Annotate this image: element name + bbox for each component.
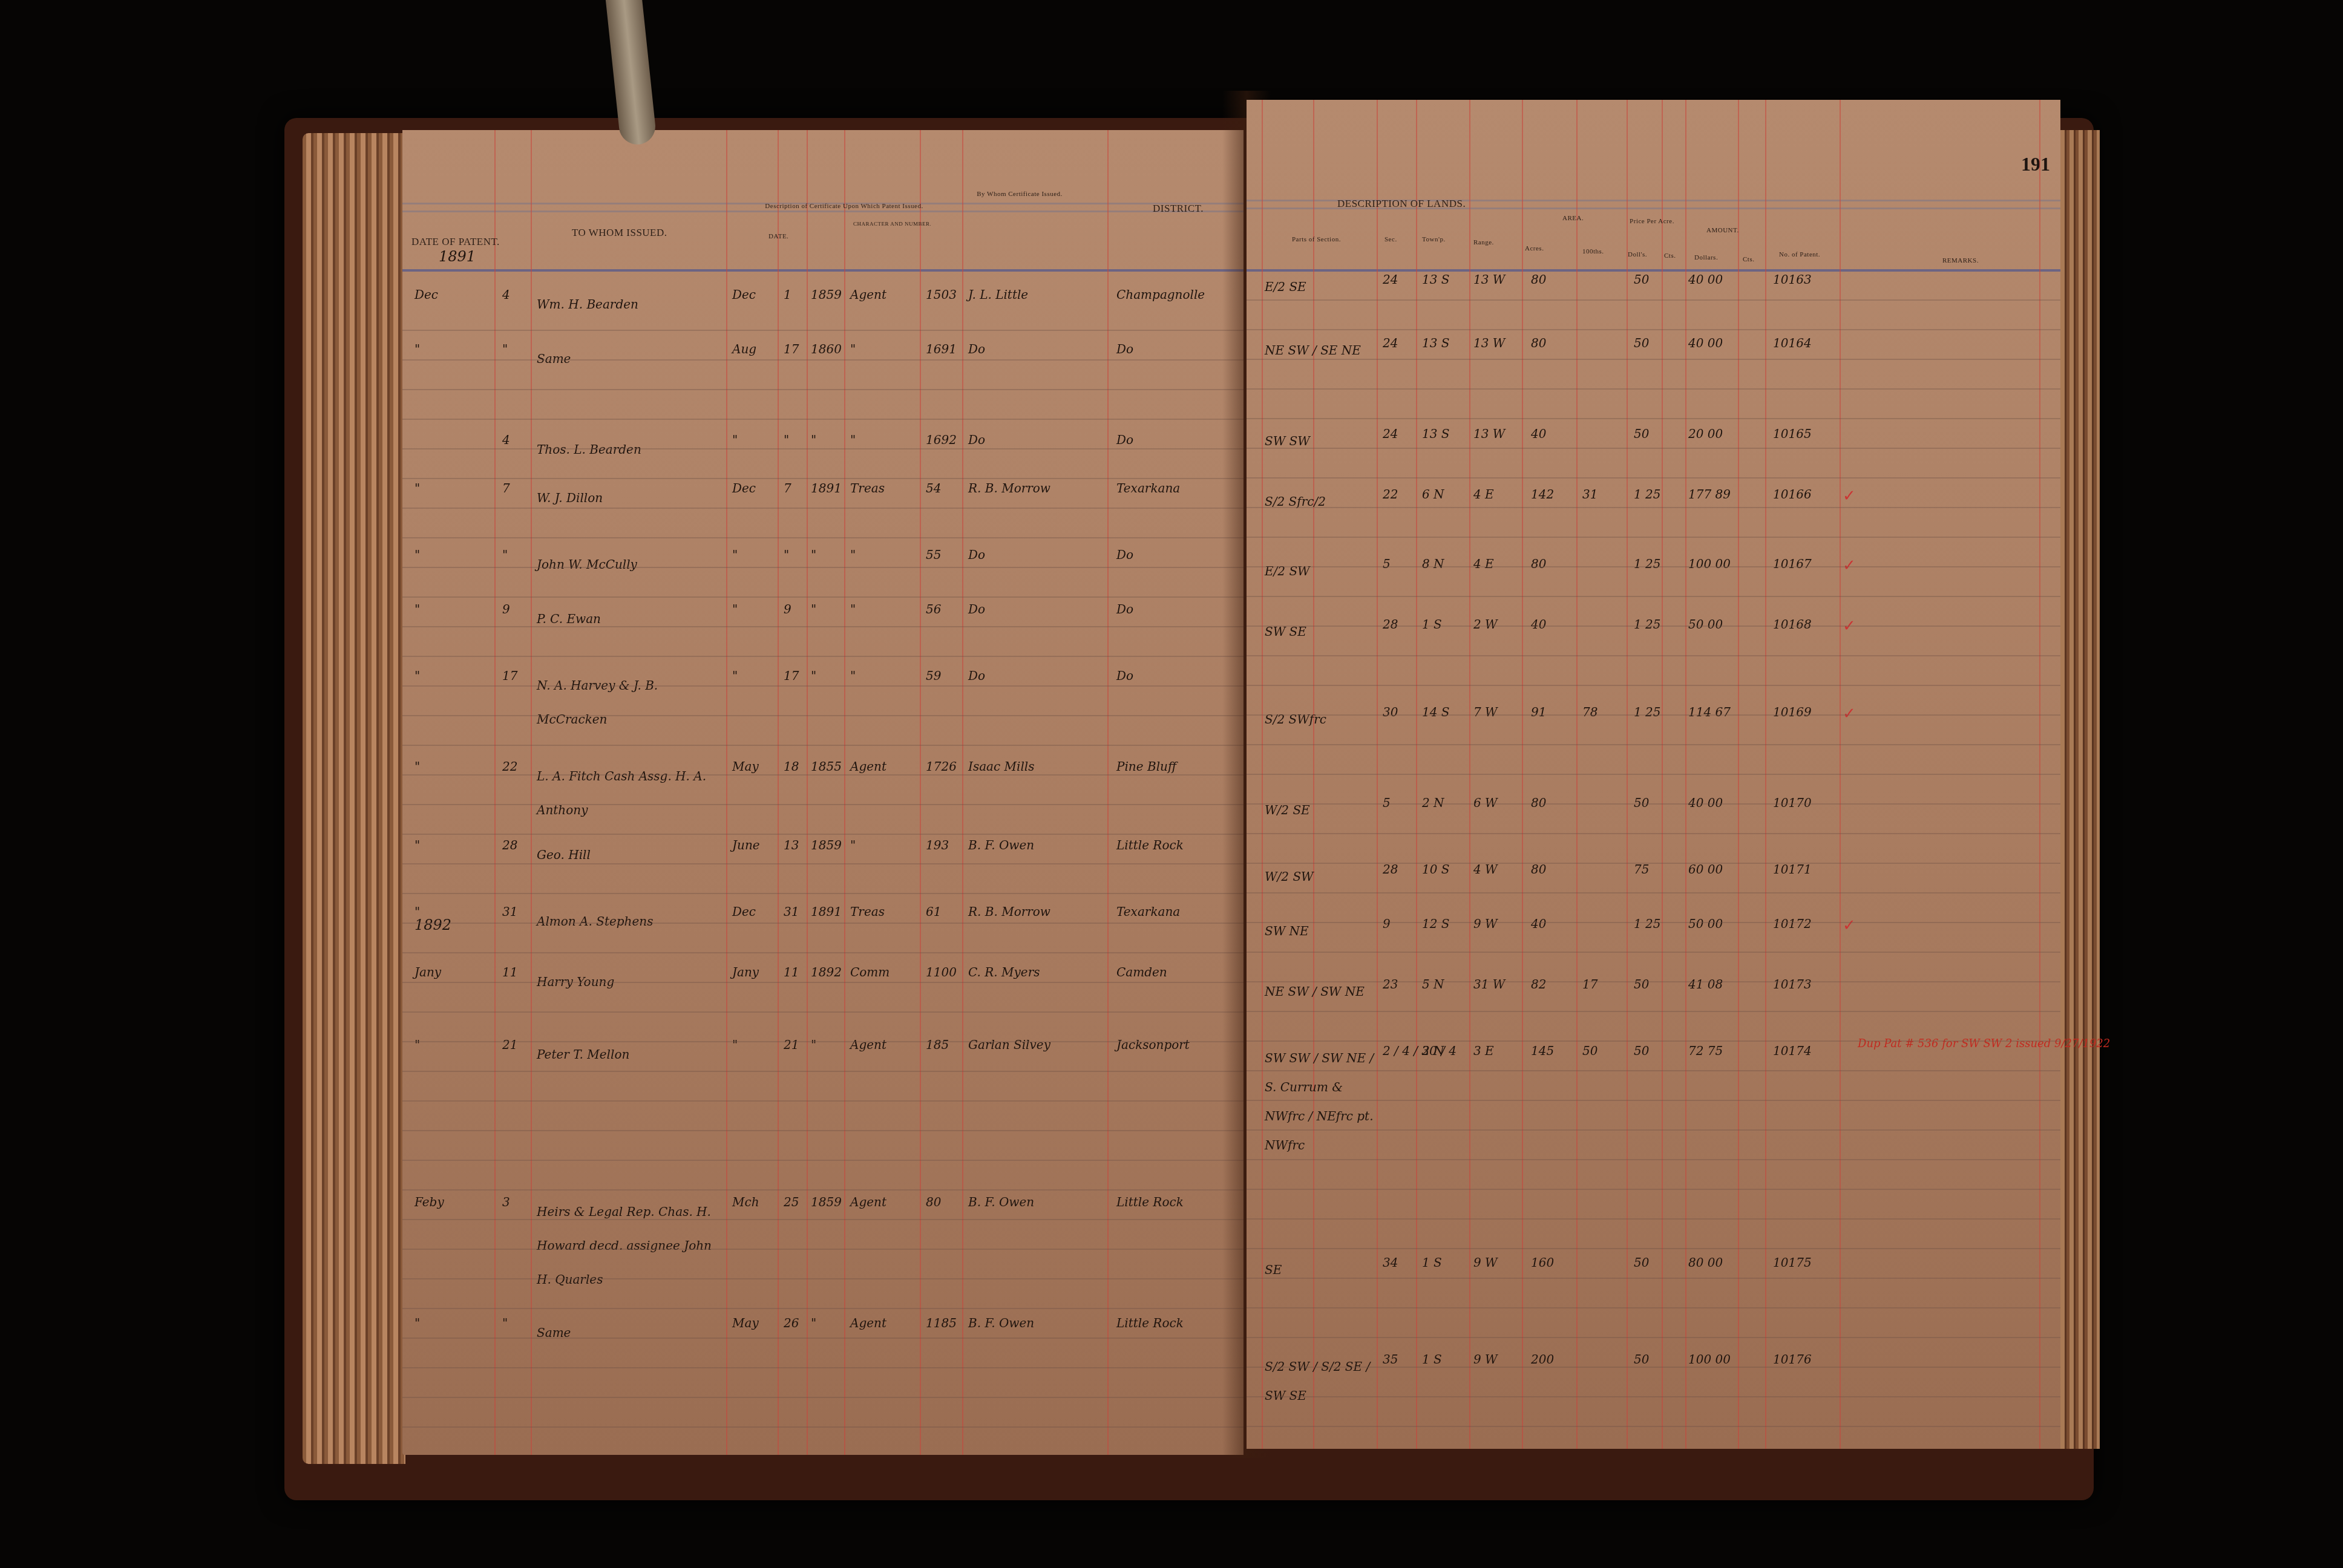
cell-acres: 145 — [1531, 1044, 1554, 1058]
cell-cert_no: 80 — [926, 1195, 941, 1209]
ruled-line — [402, 448, 1244, 449]
cell-district: Pine Bluff — [1116, 759, 1176, 774]
cell-cert_char: Agent — [850, 759, 886, 774]
ruled-line — [1247, 1011, 2060, 1012]
ruled-line — [1247, 596, 2060, 597]
cell-hund: 50 — [1582, 1044, 1597, 1058]
cell-name: N. A. Harvey & J. B. McCracken — [537, 668, 721, 736]
col-line — [531, 130, 532, 1455]
ruled-line — [1247, 714, 2060, 716]
cell-district: Do — [1116, 547, 1133, 562]
ruled-line — [1247, 537, 2060, 538]
cell-by_whom: B. F. Owen — [968, 1195, 1034, 1209]
cell-price: 50 — [1634, 426, 1649, 441]
cell-name: Geo. Hill — [537, 838, 721, 872]
ruled-line — [402, 330, 1244, 331]
cell-patent: 10163 — [1773, 272, 1812, 287]
cell-district: Texarkana — [1116, 904, 1180, 919]
cell-patent: 10170 — [1773, 795, 1812, 810]
col-line — [807, 130, 808, 1455]
ruled-line — [1247, 1218, 2060, 1220]
cell-cert_year: 1859 — [811, 838, 842, 852]
cell-cert_char: Agent — [850, 287, 886, 302]
page-edges-right — [2057, 130, 2100, 1449]
cell-by_whom: Do — [968, 547, 985, 562]
cell-patent: 10164 — [1773, 336, 1812, 350]
cell-cert_year: 1891 — [811, 904, 842, 919]
cell-twp: 12 S — [1422, 916, 1450, 931]
cell-amount: 41 08 — [1688, 977, 1723, 991]
header-cert-date: DATE. — [768, 233, 788, 240]
header-dolls: Doll's. — [1628, 251, 1647, 258]
cell-patent: 10167 — [1773, 557, 1812, 571]
cell-month: " — [415, 481, 420, 495]
cell-cert_month: May — [732, 759, 759, 774]
cell-day: 9 — [502, 602, 510, 616]
cell-day: 4 — [502, 287, 510, 302]
col-line — [778, 130, 779, 1455]
ruled-line — [1247, 952, 2060, 953]
cell-cert_char: Treas — [850, 904, 885, 919]
cell-district: Texarkana — [1116, 481, 1180, 495]
cell-amount: 50 00 — [1688, 916, 1723, 931]
ruled-line — [1247, 685, 2060, 686]
cell-district: Do — [1116, 602, 1133, 616]
cell-sec: 24 — [1383, 426, 1398, 441]
cell-parts: S/2 SWfrc — [1265, 705, 1377, 734]
cell-name: John W. McCully — [537, 547, 721, 581]
cell-cert_char: Treas — [850, 481, 885, 495]
cell-twp: 10 S — [1422, 862, 1450, 877]
cell-day: " — [502, 1316, 508, 1330]
ruled-line — [1247, 1159, 2060, 1160]
cell-acres: 142 — [1531, 487, 1554, 501]
cell-sec: 5 — [1383, 795, 1391, 810]
cell-acres: 91 — [1531, 705, 1546, 719]
ruled-line — [402, 359, 1244, 361]
cell-twp: 13 S — [1422, 336, 1450, 350]
cell-cert_char: Comm — [850, 965, 890, 979]
ruled-line — [402, 893, 1244, 894]
cell-price: 50 — [1634, 1255, 1649, 1270]
cell-cert_no: 54 — [926, 481, 941, 495]
ruled-line — [1247, 566, 2060, 567]
cell-cert_year: 1859 — [811, 1195, 842, 1209]
cell-rng: 9 W — [1473, 1352, 1498, 1367]
ruled-line — [1247, 1248, 2060, 1249]
header-dollars: Dollars. — [1694, 254, 1718, 261]
right-page: 191 DESCRIPTION OF LANDS. Parts of Secti… — [1247, 100, 2060, 1449]
year-1891: 1891 — [439, 248, 476, 265]
cell-twp: 1 S — [1422, 1352, 1442, 1367]
ruled-line — [402, 804, 1244, 805]
ruled-line — [402, 1426, 1244, 1428]
cell-cert_year: " — [811, 547, 816, 562]
cell-cert_char: Agent — [850, 1037, 886, 1052]
cell-price: 50 — [1634, 1352, 1649, 1367]
header-sec: Sec. — [1384, 236, 1397, 243]
ruled-line — [402, 1130, 1244, 1131]
cell-by_whom: Isaac Mills — [968, 759, 1035, 774]
cell-month: " — [415, 547, 420, 562]
ruled-line — [402, 1160, 1244, 1161]
cell-acres: 80 — [1531, 272, 1546, 287]
ruled-line — [402, 1100, 1244, 1102]
ruled-line — [1247, 448, 2060, 449]
cell-cert_no: 1100 — [926, 965, 957, 979]
cell-day: 22 — [502, 759, 517, 774]
cell-rng: 9 W — [1473, 1255, 1498, 1270]
ruled-line — [402, 626, 1244, 627]
cell-price: 50 — [1634, 272, 1649, 287]
cell-name: W. J. Dillon — [537, 481, 721, 515]
ruled-line — [1247, 418, 2060, 419]
cell-parts: S/2 SW / S/2 SE / SW SE — [1265, 1352, 1377, 1410]
check-mark-icon: ✓ — [1843, 916, 1856, 935]
cell-name: Thos. L. Bearden — [537, 433, 721, 466]
ruled-line — [1247, 1337, 2060, 1338]
header-to-whom-issued: TO WHOM ISSUED. — [572, 227, 667, 239]
cell-patent: 10175 — [1773, 1255, 1812, 1270]
cell-amount: 40 00 — [1688, 336, 1723, 350]
cell-by_whom: B. F. Owen — [968, 838, 1034, 852]
cell-twp: 14 S — [1422, 705, 1450, 719]
cell-district: Do — [1116, 668, 1133, 683]
ruled-line — [402, 1278, 1244, 1279]
cell-cert_day: 17 — [784, 342, 799, 356]
cell-acres: 80 — [1531, 795, 1546, 810]
cell-price: 1 25 — [1634, 705, 1661, 719]
cell-sec: 28 — [1383, 862, 1398, 877]
cell-cert_year: 1859 — [811, 287, 842, 302]
cell-by_whom: Do — [968, 342, 985, 356]
ruled-line — [1247, 1070, 2060, 1071]
cell-amount: 100 00 — [1688, 1352, 1731, 1367]
ruled-line — [1247, 981, 2060, 982]
cell-amount: 60 00 — [1688, 862, 1723, 877]
cell-cert_year: " — [811, 433, 816, 447]
cell-by_whom: Do — [968, 602, 985, 616]
ruled-line — [402, 1071, 1244, 1072]
header-bottom-rule — [1247, 269, 2060, 272]
header-date-of-patent: DATE OF PATENT. — [411, 236, 500, 248]
cell-rng: 13 W — [1473, 426, 1505, 441]
cell-cert_day: 13 — [784, 838, 799, 852]
ruled-line — [1247, 477, 2060, 479]
header-area: AREA. — [1562, 215, 1584, 222]
cell-rng: 2 W — [1473, 617, 1498, 632]
cell-cert_year: 1892 — [811, 965, 842, 979]
ruled-line — [1247, 299, 2060, 301]
header-amount-cts: Cts. — [1743, 256, 1754, 263]
ruled-line — [402, 1011, 1244, 1013]
cell-cert_day: 1 — [784, 287, 791, 302]
ruled-line — [1247, 1307, 2060, 1308]
cell-district: Do — [1116, 342, 1133, 356]
cell-month: " — [415, 1316, 420, 1330]
cell-patent: 10169 — [1773, 705, 1812, 719]
ruled-line — [402, 774, 1244, 776]
cell-patent: 10172 — [1773, 916, 1812, 931]
header-price-per-acre: Price Per Acre. — [1625, 218, 1679, 225]
cell-day: " — [502, 547, 508, 562]
header-range: Range. — [1473, 239, 1494, 246]
ruled-line — [1247, 1426, 2060, 1427]
cell-cert_no: 61 — [926, 904, 941, 919]
cell-cert_char: " — [850, 342, 856, 356]
cell-cert_month: " — [732, 1037, 738, 1052]
cell-cert_month: " — [732, 602, 738, 616]
cell-district: Camden — [1116, 965, 1167, 979]
cell-acres: 80 — [1531, 336, 1546, 350]
cell-cert_year: " — [811, 1316, 816, 1330]
col-line — [494, 130, 496, 1455]
cell-name: Same — [537, 342, 721, 376]
cell-month: " — [415, 1037, 420, 1052]
cell-month: " — [415, 668, 420, 683]
header-amount: AMOUNT. — [1706, 227, 1739, 234]
page-number: 191 — [2021, 153, 2050, 175]
cell-parts: E/2 SE — [1265, 272, 1377, 301]
cell-cert_month: Dec — [732, 481, 756, 495]
cell-rng: 13 W — [1473, 272, 1505, 287]
cell-cert_day: 9 — [784, 602, 791, 616]
ruled-line — [402, 1367, 1244, 1368]
ruled-line — [402, 596, 1244, 598]
cell-cert_no: 1503 — [926, 287, 957, 302]
cell-parts: S/2 Sfrc/2 — [1265, 487, 1377, 516]
cell-rng: 4 E — [1473, 487, 1494, 501]
cell-amount: 20 00 — [1688, 426, 1723, 441]
cell-parts: NE SW / SE NE — [1265, 336, 1377, 365]
cell-name: P. C. Ewan — [537, 602, 721, 636]
cell-twp: 2 N — [1422, 795, 1444, 810]
cell-day: 3 — [502, 1195, 510, 1209]
ruled-line — [402, 1249, 1244, 1250]
ruled-line — [402, 656, 1244, 657]
cell-by_whom: J. L. Little — [968, 287, 1028, 302]
cell-cert_year: " — [811, 668, 816, 683]
cell-cert_day: 18 — [784, 759, 799, 774]
cell-day: 21 — [502, 1037, 517, 1052]
cell-acres: 160 — [1531, 1255, 1554, 1270]
cell-price: 1 25 — [1634, 487, 1661, 501]
cell-month: Dec — [415, 287, 438, 302]
cell-cert_no: 185 — [926, 1037, 949, 1052]
cell-cert_year: " — [811, 602, 816, 616]
cell-acres: 40 — [1531, 916, 1546, 931]
cell-cert_no: 1185 — [926, 1316, 957, 1330]
ruled-line — [402, 745, 1244, 746]
cell-cert_char: Agent — [850, 1316, 886, 1330]
check-mark-icon: ✓ — [1843, 487, 1856, 505]
cell-patent: 10174 — [1773, 1044, 1812, 1058]
cell-amount: 50 00 — [1688, 617, 1723, 632]
ruled-line — [1247, 1100, 2060, 1101]
cell-district: Champagnolle — [1116, 287, 1205, 302]
cell-cert_month: Jany — [732, 965, 759, 979]
cell-month: Feby — [415, 1195, 444, 1209]
cell-by_whom: Do — [968, 433, 985, 447]
cell-amount: 114 67 — [1688, 705, 1731, 719]
cell-cert_day: 11 — [784, 965, 799, 979]
ruled-line — [402, 1189, 1244, 1191]
cell-acres: 82 — [1531, 977, 1546, 991]
ruled-line — [1247, 774, 2060, 775]
cell-by_whom: R. B. Morrow — [968, 904, 1050, 919]
header-remarks: REMARKS. — [1942, 257, 1979, 264]
cell-amount: 100 00 — [1688, 557, 1731, 571]
ruled-line — [1247, 1129, 2060, 1131]
cell-month: " — [415, 342, 420, 356]
cell-month: Jany — [415, 965, 441, 979]
check-mark-icon: ✓ — [1843, 705, 1856, 723]
ruled-line — [402, 982, 1244, 983]
ruled-line — [402, 1308, 1244, 1309]
cell-twp: 2 N — [1422, 1044, 1444, 1058]
cell-cert_no: 56 — [926, 602, 941, 616]
cell-amount: 177 89 — [1688, 487, 1731, 501]
cell-sec: 23 — [1383, 977, 1398, 991]
header-cert-character: CHARACTER AND NUMBER. — [853, 221, 931, 227]
cell-cert_day: 7 — [784, 481, 791, 495]
cell-price: 50 — [1634, 795, 1649, 810]
cell-price: 50 — [1634, 1044, 1649, 1058]
cell-cert_no: 193 — [926, 838, 949, 852]
ruled-line — [402, 1397, 1244, 1398]
cell-rng: 9 W — [1473, 916, 1498, 931]
cell-cert_char: " — [850, 547, 856, 562]
col-line — [962, 130, 963, 1455]
cell-cert_day: 26 — [784, 1316, 799, 1330]
ruled-line — [1247, 359, 2060, 360]
cell-district: Jacksonport — [1116, 1037, 1190, 1052]
cell-patent: 10173 — [1773, 977, 1812, 991]
cell-cert_year: " — [811, 1037, 816, 1052]
left-page: DATE OF PATENT. TO WHOM ISSUED. Descript… — [402, 130, 1244, 1455]
cell-day: " — [502, 342, 508, 356]
cell-twp: 13 S — [1422, 272, 1450, 287]
cell-price: 1 25 — [1634, 916, 1661, 931]
cell-cert_year: 1855 — [811, 759, 842, 774]
cell-sec: 30 — [1383, 705, 1398, 719]
cell-price: 50 — [1634, 336, 1649, 350]
cell-district: Do — [1116, 433, 1133, 447]
cell-parts: SW NE — [1265, 916, 1377, 946]
ruled-line — [402, 1338, 1244, 1339]
cell-hund: 78 — [1582, 705, 1597, 719]
cell-cert_month: June — [732, 838, 760, 852]
ruled-line — [402, 715, 1244, 716]
ruled-line — [1247, 388, 2060, 390]
remark-red-ink: Dup Pat # 536 for SW SW 2 issued 9/27/19… — [1858, 1037, 2110, 1050]
cell-parts: SW SW / SW NE / S. Currum & NWfrc / NEfr… — [1265, 1044, 1377, 1160]
cell-by_whom: R. B. Morrow — [968, 481, 1050, 495]
cell-parts: SW SE — [1265, 617, 1377, 646]
cell-rng: 6 W — [1473, 795, 1498, 810]
cell-by_whom: Garlan Silvey — [968, 1037, 1050, 1052]
cell-rng: 4 W — [1473, 862, 1498, 877]
cell-month: " — [415, 602, 420, 616]
cell-amount: 80 00 — [1688, 1255, 1723, 1270]
header-bottom-rule — [402, 269, 1244, 272]
cell-name: Same — [537, 1316, 721, 1350]
cell-hund: 17 — [1582, 977, 1597, 991]
ruled-line — [1247, 863, 2060, 864]
cell-patent: 10166 — [1773, 487, 1812, 501]
ruled-line — [1247, 833, 2060, 834]
cell-cert_month: " — [732, 433, 738, 447]
ruled-line — [402, 952, 1244, 953]
ruled-line — [1247, 922, 2060, 923]
cell-sec: 24 — [1383, 272, 1398, 287]
cell-day: 31 — [502, 904, 517, 919]
col-line — [844, 130, 845, 1455]
cell-by_whom: C. R. Myers — [968, 965, 1040, 979]
cell-cert_month: Aug — [732, 342, 756, 356]
cell-cert_no: 55 — [926, 547, 941, 562]
cell-rng: 4 E — [1473, 557, 1494, 571]
col-line — [726, 130, 727, 1455]
cell-amount: 40 00 — [1688, 795, 1723, 810]
cell-sec: 22 — [1383, 487, 1398, 501]
cell-name: Heirs & Legal Rep. Chas. H. Howard decd.… — [537, 1195, 721, 1296]
ruled-line — [1247, 1278, 2060, 1279]
ruled-line — [1247, 1040, 2060, 1042]
ruled-line — [1247, 892, 2060, 893]
ruled-line — [402, 419, 1244, 420]
cell-cert_month: " — [732, 547, 738, 562]
ruled-line — [402, 923, 1244, 924]
cell-patent: 10168 — [1773, 617, 1812, 632]
cell-sec: 35 — [1383, 1352, 1398, 1367]
cell-cert_day: 25 — [784, 1195, 799, 1209]
header-district: DISTRICT. — [1153, 203, 1204, 215]
cell-twp: 6 N — [1422, 487, 1444, 501]
cell-price: 75 — [1634, 862, 1649, 877]
cell-name: L. A. Fitch Cash Assg. H. A. Anthony — [537, 759, 721, 827]
ruled-line — [402, 685, 1244, 687]
cell-cert_no: 1726 — [926, 759, 957, 774]
cell-by_whom: B. F. Owen — [968, 1316, 1034, 1330]
cell-name: Wm. H. Bearden — [537, 287, 721, 321]
cell-cert_no: 1691 — [926, 342, 957, 356]
ruled-line — [1247, 744, 2060, 745]
cell-name: Almon A. Stephens — [537, 904, 721, 938]
cell-day: 4 — [502, 433, 510, 447]
cell-by_whom: Do — [968, 668, 985, 683]
cell-cert_day: " — [784, 433, 789, 447]
ruled-line — [1247, 655, 2060, 656]
cell-cert_char: Agent — [850, 1195, 886, 1209]
cell-price: 1 25 — [1634, 557, 1661, 571]
cell-parts: E/2 SW — [1265, 557, 1377, 586]
cell-twp: 8 N — [1422, 557, 1444, 571]
cell-patent: 10176 — [1773, 1352, 1812, 1367]
ruled-line — [1247, 803, 2060, 805]
ruled-line — [1247, 329, 2060, 330]
cell-patent: 10171 — [1773, 862, 1812, 877]
header-no-of-patent: No. of Patent. — [1779, 251, 1820, 258]
cell-sec: 2 / 4 / 30 / 4 — [1383, 1044, 1457, 1058]
cell-sec: 24 — [1383, 336, 1398, 350]
cell-twp: 1 S — [1422, 617, 1442, 632]
header-cts: Cts. — [1664, 252, 1676, 260]
cell-rng: 3 E — [1473, 1044, 1494, 1058]
cell-hund: 31 — [1582, 487, 1597, 501]
check-mark-icon: ✓ — [1843, 557, 1856, 575]
cell-cert_char: " — [850, 433, 856, 447]
